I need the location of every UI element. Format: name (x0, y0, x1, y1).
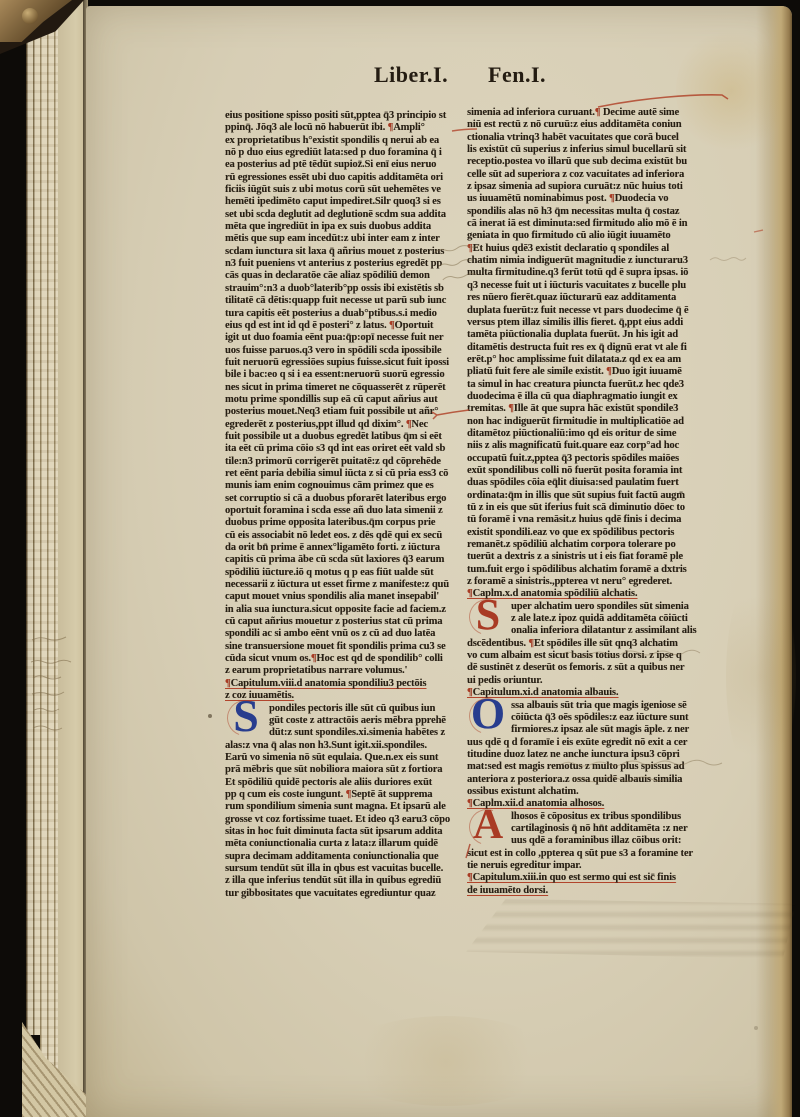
text-line: cā inerat iā est diminuta:sed firmitudo … (467, 218, 713, 230)
text-line: occupatū fuit.z,pptea q̄3 pectoris spōdi… (467, 453, 713, 465)
text-line: non hac indiguerūt firmitudie in multipl… (467, 416, 713, 428)
text-column-right: simenia ad inferiora curuant.¶ Decime au… (467, 107, 713, 897)
text-line: titudine duoz latez ne anche iunctura ip… (467, 749, 713, 761)
running-title-liber: Liber.I. (374, 62, 448, 88)
text-line: duas spōdiles cōia eq̄lit diuisa:sed pau… (467, 477, 713, 489)
text-line: n3 fuit pueniens vt anterius z posterius… (225, 258, 465, 270)
text-line: tile:n3 primorū corrigerēt puitatē:z qd … (225, 456, 465, 468)
right-margin-note (708, 252, 748, 266)
ink-spot (754, 1026, 758, 1030)
lombard-initial-S-red: S (467, 595, 509, 635)
text-line: tremitas. ¶Ille āt que supra hāc existūt… (467, 403, 713, 415)
text-line: niis z alis magnificatū fuit.quare eaz c… (467, 440, 713, 452)
text-line: tie neruis egreditur impar. (467, 860, 713, 872)
text-line: Earū vo simenia nō sūt equlaia. Que.n.ex… (225, 752, 465, 764)
text-line: simenia ad inferiora curuant.¶ Decime au… (467, 107, 713, 119)
text-line: capitis cū prima ābe cū scda sūt laxiore… (225, 554, 465, 566)
text-line: duodecima ē illa cū qua diaphragmatio iu… (467, 391, 713, 403)
text-line: uus qdē q d foramīe i eis exūte egredit … (467, 737, 713, 749)
text-line: scdam iunctura sit laxa q̄ añrius mouet … (225, 246, 465, 258)
text-line: receptio.postea vo illarū que sub decima… (467, 156, 713, 168)
text-line: sine transuersione mouet fit spondilis p… (225, 641, 465, 653)
pilcrow-rubric: ¶ (528, 638, 534, 649)
text-line: geniata in quo firmitudo cū alio iūgit i… (467, 230, 713, 242)
text-line: grosse vt coz fortissime tuaet. Et ideo … (225, 814, 465, 826)
text-line: set ubi scda deglutit ad deglutionē scdm… (225, 209, 465, 221)
pilcrow-rubric: ¶ (389, 320, 395, 331)
text-line: prā mēbris que sūt nobiliora maiora sūt … (225, 764, 465, 776)
text-line: cū caput añrius mouetur z posterius stat… (225, 616, 465, 628)
text-line: ta simul in hac creatura piuncta fuerūt.… (467, 379, 713, 391)
text-line: tū z in eis que sūt iferius fuit scā dim… (467, 502, 713, 514)
text-line: ui pedis oriuntur. (467, 675, 713, 687)
text-line: ficiis iūgūt suis z ubi motus corū sūt u… (225, 184, 465, 196)
lombard-initial-O-blue: O (467, 694, 509, 734)
text-line: chatim nimia indiguerūt magnitudie z iun… (467, 255, 713, 267)
text-line: niū est rectū z nō curuū:z eius additamē… (467, 119, 713, 131)
text-line: remanēt.z spōdiliū alchatim corpora tole… (467, 539, 713, 551)
verso-showthrough (466, 899, 796, 959)
text-line: ea posterius ad ptē tēdūt supioz̄.Si enī… (225, 159, 465, 171)
text-line: tilitatē cā dētis:quapp fuit necesse ut … (225, 295, 465, 307)
text-line: fuit neruorū egressiōes supius fuisse.si… (225, 357, 465, 369)
text-line: posterius mouet.Neq3 etiam fuit possibil… (225, 406, 465, 418)
text-line: in alia sua iunctura.sicut opposite faci… (225, 604, 465, 616)
text-line: tū foramē i vna remāsit.z huius qdē fini… (467, 514, 713, 526)
pilcrow-rubric: ¶ (595, 107, 601, 118)
text-line: dscēdentibus. ¶Et spōdiles ille sūt qnq3… (467, 638, 713, 650)
text-line: pliatū fuit fere ale simile existit. ¶Du… (467, 366, 713, 378)
text-line: set corruptio si cā a duobus pforarēt la… (225, 493, 465, 505)
text-line: egrederēt z posterius,ppt illud qd dixim… (225, 419, 465, 431)
text-line: fuit possibile ut a duobus egredēt latib… (225, 431, 465, 443)
text-line: munis iam enim cognouimus cām primez que… (225, 480, 465, 492)
text-line: caput mouet vnius spondilis alia manet i… (225, 591, 465, 603)
text-line: multa firmitudine.q3 ferūt totū qd ē sup… (467, 267, 713, 279)
text-line: celle sūt ad superiora z coz vacuitates … (467, 169, 713, 181)
text-line: z illa que inferius tendūt sūt illa in q… (225, 875, 465, 887)
text-line: z ipsaz simenia ad supiora curuāt:z nūc … (467, 181, 713, 193)
text-line: us iuuamētū nominabimus post. ¶Duodecia … (467, 193, 713, 205)
text-line: erēt.p° hoc amplissime fuit dilatata.z q… (467, 354, 713, 366)
text-line: sicut est in collo ,ppterea q sūt pue s3… (467, 848, 713, 860)
text-line: ordinata:q̄m in illis que sūt supius fui… (467, 490, 713, 502)
text-line: z earum proprietatibus narrare volumus.' (225, 665, 465, 677)
text-line: ita eēt cū prima cōio s3 qd int eas orir… (225, 443, 465, 455)
text-line: ret eēnt paria debilia simul iūcta z si … (225, 468, 465, 480)
text-line: necessarii z iūctura ut esset firme z ma… (225, 579, 465, 591)
text-line: motu prime spondillis sup eā cū caput añ… (225, 394, 465, 406)
pilcrow-rubric: ¶ (606, 366, 612, 377)
text-line: exūt spondilibus colli nō fuerūt posita … (467, 465, 713, 477)
text-line: versus ptem illaz similis illis fieret. … (467, 317, 713, 329)
text-line: ditamētoz piūctionaliū:imo qd eis oritur… (467, 428, 713, 440)
text-line: dē sustinēt z deserūt os femoris. z sūt … (467, 662, 713, 674)
pilcrow-rubric: ¶ (346, 789, 352, 800)
text-line: q3 necesse fuit ut i iūcturis vacuitates… (467, 280, 713, 292)
text-line: eius qd est int id qd ē posteri° z latus… (225, 320, 465, 332)
text-line: igit ut duo foamia eēnt pua:q̄p:opī nece… (225, 332, 465, 344)
pilcrow-rubric: ¶ (467, 243, 473, 254)
running-title-fen: Fen.I. (488, 62, 546, 88)
text-line: mētis que sup eam incedūt:z ubi inter ea… (225, 233, 465, 245)
text-line: tur gibbositates que vacuitates egrediun… (225, 888, 465, 900)
text-line: lis existūt cū superius z inferius simul… (467, 144, 713, 156)
book-photo: Liber.I. Fen.I. eius positione spisso po… (0, 0, 800, 1117)
text-column-left: eius positione spisso positi sūt,pptea q… (225, 110, 465, 900)
text-line: spondili ac si ambo eēnt vnū os z cū ad … (225, 628, 465, 640)
text-line: cās quas in declaratōe cāe aliaz spōdili… (225, 270, 465, 282)
text-line: da orit bn̄ prime ē annex°ligamēto forti… (225, 542, 465, 554)
text-line: ossibus existunt alchatim. (467, 786, 713, 798)
lombard-initial-S-blue: S (225, 696, 267, 736)
text-line: nes sicut in prima timeret ne cōquasserē… (225, 382, 465, 394)
pilcrow-rubric: ¶ (406, 419, 412, 430)
text-line: ditamētis destructa fuit res ex q̄ dignū… (467, 342, 713, 354)
chapter-heading-line: ¶Capitulum.xiii.in quo est sermo qui est… (467, 872, 713, 884)
text-line: rū egressiones essēt ubi duo capitis add… (225, 172, 465, 184)
text-line: pp q cum eis coste iungunt. ¶Septē āt su… (225, 789, 465, 801)
metal-boss (22, 8, 38, 24)
lombard-initial-A-red: A (467, 805, 509, 845)
text-line: mēta que ingrediūt in ipa ex suis duobus… (225, 221, 465, 233)
text-line: tura capitis eēt posterius a duab°ptibus… (225, 308, 465, 320)
text-line: z foramē a sinistris.,ppterea vt neru° e… (467, 576, 713, 588)
pilcrow-rubric: ¶ (225, 678, 231, 689)
text-line: strauim°:n3 a duob°laterib°pp ossis ibi … (225, 283, 465, 295)
text-line: oportuit foramina i scda esse añ duo lat… (225, 505, 465, 517)
text-line: rum spondilium simenia sunt magna. Et ip… (225, 801, 465, 813)
manuscript-page: Liber.I. Fen.I. eius positione spisso po… (86, 6, 792, 1117)
pilcrow-rubric: ¶ (609, 193, 615, 204)
ink-spot (208, 714, 212, 718)
text-line: duobus prime opposita lateribus.q̄m corp… (225, 517, 465, 529)
text-line: hemēti ipedimēto caput impediret.Silr qu… (225, 196, 465, 208)
text-line: anteriora z posteriora.z ossa quidē alba… (467, 774, 713, 786)
text-line: vo cum albaim est sicut basis totius dor… (467, 650, 713, 662)
text-line: tuerūt a dextris z a sinistris ut i eis … (467, 551, 713, 563)
parchment-stain (336, 1016, 556, 1106)
text-line: cū eis associabit nō ledet eos. z dēs qd… (225, 530, 465, 542)
text-line: bile i bac:eo q si i ea essent:neruorū s… (225, 369, 465, 381)
chapter-heading-line: de iuuamēto dorsi. (467, 885, 713, 897)
text-line: eius positione spisso positi sūt,pptea q… (225, 110, 465, 122)
text-line: duplata fuerūt:z fuit necesse vt pars du… (467, 305, 713, 317)
text-line: nō p duo eius egrediūt lata:sed p duo fo… (225, 147, 465, 159)
text-line: ex proprietatibus h°existit spondilis q … (225, 135, 465, 147)
text-line: sursum tendūt sūt illa in qbus est vacui… (225, 863, 465, 875)
text-line: res nūero fierēt.quaz iūcturarū eaz addi… (467, 292, 713, 304)
text-line: ¶Et huius qdē3 existit declaratio q spon… (467, 243, 713, 255)
text-line: sitas in hoc fuit diminuta facta sūt ips… (225, 826, 465, 838)
text-line: mat:sed est magis remotus z multo plus s… (467, 761, 713, 773)
text-line: ppinq̄. Jōq3 ale locū nō habuerūt ibi. ¶… (225, 122, 465, 134)
text-line: ctionalia vtrinq3 habēt vacuitates que c… (467, 132, 713, 144)
text-line: tum.fuit ergo i spōdilibus alchatim fora… (467, 564, 713, 576)
text-line: spōdiliū iūcture.iō q motus q p eas fiūt… (225, 567, 465, 579)
pilcrow-rubric: ¶ (388, 122, 394, 133)
text-line: cūda sicut vnum os.¶Hoc est qd de spondi… (225, 653, 465, 665)
text-line: supra decimam additamenta coniunctionali… (225, 851, 465, 863)
text-line: tamēta piūctionalia duplata fuerūt. Jn h… (467, 329, 713, 341)
text-line: alas:z vna q̄ alas non h3.Sunt igit.xii.… (225, 740, 465, 752)
pilcrow-rubric: ¶ (467, 872, 473, 883)
pilcrow-rubric: ¶ (508, 403, 514, 414)
pilcrow-rubric: ¶ (311, 653, 317, 664)
text-line: spondilis alas nō h3 q̄m necessitas mult… (467, 206, 713, 218)
text-line: existit spondili.eaz vo que ex spōdilibu… (467, 527, 713, 539)
chapter-heading-line: ¶Capitulum.viii.d anatomia spondiliu3 pe… (225, 678, 465, 690)
text-line: Et spōdiliū quidē pectoris ale aliis dur… (225, 777, 465, 789)
text-line: mēta coniunctionalia curta z lata:z illa… (225, 838, 465, 850)
text-line: uos fuisse paruos.q3 vero in spōdili scd… (225, 345, 465, 357)
